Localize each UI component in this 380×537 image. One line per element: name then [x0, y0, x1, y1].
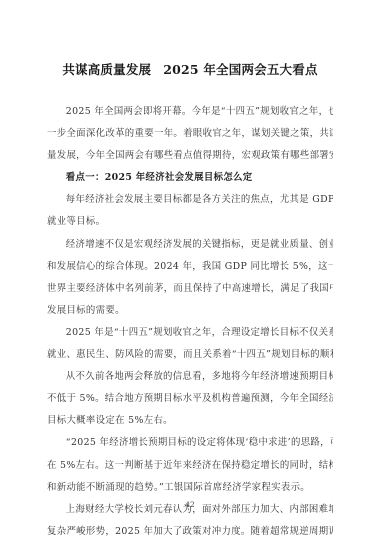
text-line: 一步全面深化改革的重要一年。着眼收官之年，谋划关键之策，共谋高质	[47, 123, 333, 145]
text-line: 世界主要经济体中名列前茅，而且保持了中高速增长，满足了我国中长期	[47, 278, 333, 300]
paragraph-targets: 每年经济社会发展主要目标都是各方关注的焦点，尤其是 GDP、CPI、 就业等目标…	[47, 189, 333, 233]
text-line: 经济增速不仅是宏观经济发展的关键指标，更是就业质量、创业活力	[47, 234, 333, 256]
article-body: 2025 年全国两会即将开幕。今年是“十四五”规划收官之年，也是进 一步全面深化…	[47, 101, 333, 537]
text-line: 每年经济社会发展主要目标都是各方关注的焦点，尤其是 GDP、CPI、	[47, 189, 333, 211]
section-heading-1: 看点一：2025 年经济社会发展目标怎么定	[47, 167, 333, 189]
text-line: 不低于 5%。结合地方预期目标水平及机构普遍预测，今年全国经济增长	[47, 388, 333, 410]
paragraph-plan-finale: 2025 年是“十四五”规划收官之年，合理设定增长目标不仅关系着稳 就业、惠民生…	[47, 322, 333, 366]
page-title: 共谋高质量发展2025 年全国两会五大看点	[0, 60, 380, 78]
title-part-2: 2025 年全国两会五大看点	[163, 62, 317, 77]
text-line: 2025 年全国两会即将开幕。今年是“十四五”规划收官之年，也是进	[47, 101, 333, 123]
paragraph-local-sessions: 从不久前各地两会释放的信息看，多地将今年经济增速预期目标定在 不低于 5%。结合…	[47, 366, 333, 432]
text-line: 目标大概率设定在 5%左右。	[47, 410, 333, 432]
text-line: 在 5%左右。这一判断基于近年来经济在保持稳定增长的同时，结构优化	[47, 455, 333, 477]
text-line: 2025 年是“十四五”规划收官之年，合理设定增长目标不仅关系着稳	[47, 322, 333, 344]
text-line: 和新动能不断涌现的趋势。”工银国际首席经济学家程实表示。	[47, 477, 333, 499]
text-line: 复杂严峻形势，2025 年加大了政策对冲力度。随着超常规逆周期调节的	[47, 521, 333, 537]
text-line: 从不久前各地两会释放的信息看，多地将今年经济增速预期目标定在	[47, 366, 333, 388]
document-page: 共谋高质量发展2025 年全国两会五大看点 2025 年全国两会即将开幕。今年是…	[0, 0, 380, 537]
text-line: 发展目标的需要。	[47, 300, 333, 322]
title-part-1: 共谋高质量发展	[62, 62, 151, 77]
text-line: 就业、惠民生、防风险的需要，而且关系着“十四五”规划目标的顺利实现。	[47, 344, 333, 366]
text-line: “2025 年经济增长预期目标的设定将体现‘稳中求进’的思路，可能定	[47, 432, 333, 454]
intro-paragraph: 2025 年全国两会即将开幕。今年是“十四五”规划收官之年，也是进 一步全面深化…	[47, 101, 333, 167]
text-line: 量发展，今年全国两会有哪些看点值得期待，宏观政策有哪些部署安排？	[47, 145, 333, 167]
text-line: 和发展信心的综合体现。2024 年，我国 GDP 同比增长 5%，这一增速在	[47, 256, 333, 278]
paragraph-quote: “2025 年经济增长预期目标的设定将体现‘稳中求进’的思路，可能定 在 5%左…	[47, 432, 333, 498]
paragraph-growth: 经济增速不仅是宏观经济发展的关键指标，更是就业质量、创业活力 和发展信心的综合体…	[47, 234, 333, 322]
text-line: 就业等目标。	[47, 211, 333, 233]
page-number: 42	[0, 500, 380, 509]
